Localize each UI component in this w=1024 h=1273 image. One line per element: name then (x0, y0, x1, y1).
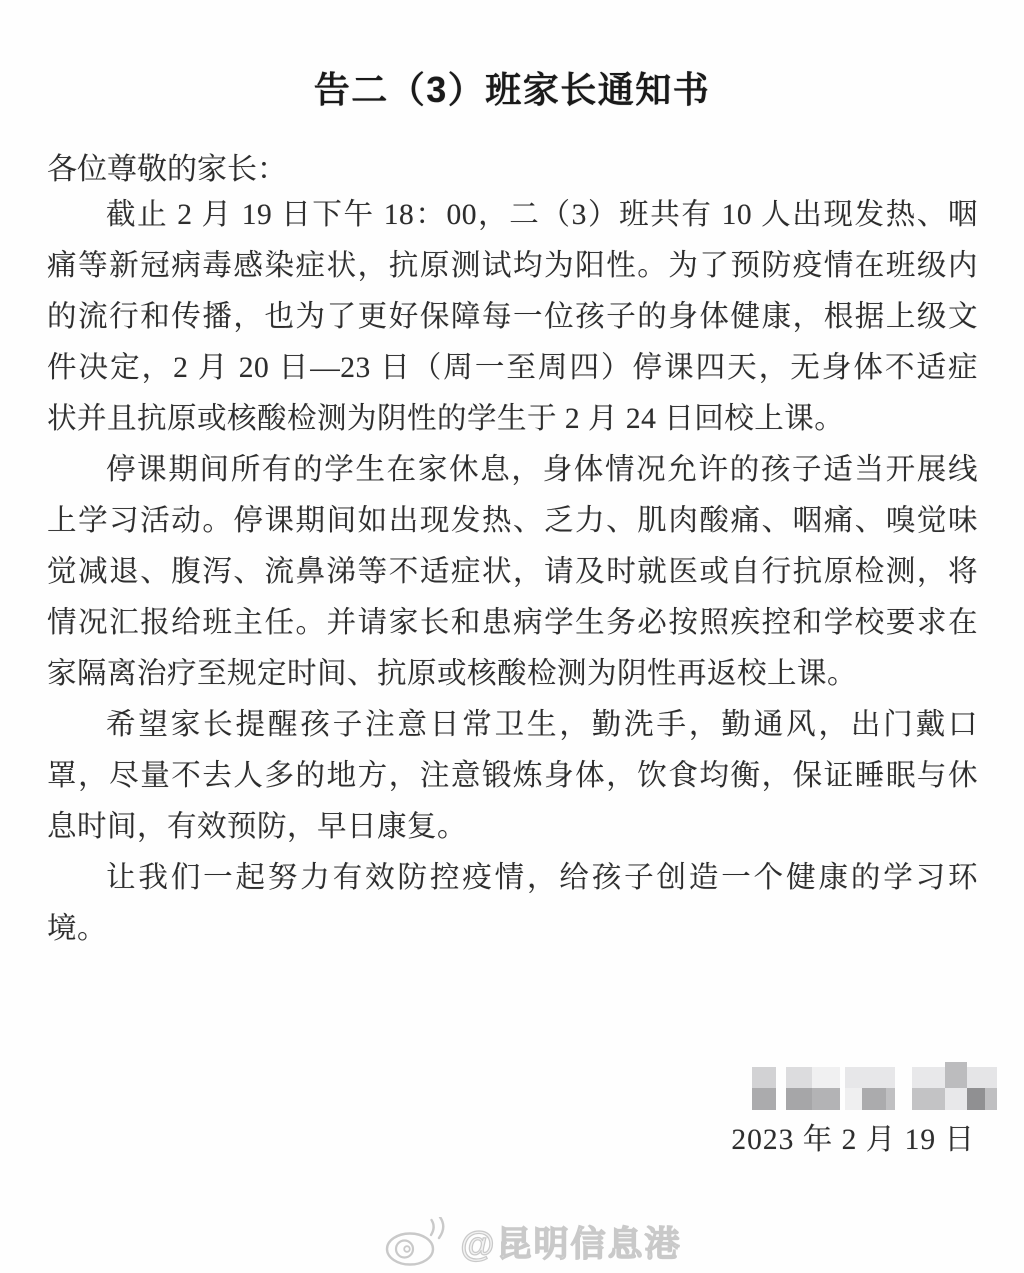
document-title: 告二（3）班家长通知书 (0, 62, 1024, 113)
watermark: @昆明信息港 (0, 1217, 1024, 1267)
document-line: 停课期间所有的学生在家休息，身体情况允许的孩子适当开展线 (47, 445, 978, 496)
document-line: 觉减退、腹泻、流鼻涕等不适症状，请及时就医或自行抗原检测，将 (47, 547, 978, 598)
document-line: 让我们一起努力有效防控疫情，给孩子创造一个健康的学习环 (47, 853, 978, 904)
mosaic-cell (967, 1067, 997, 1088)
watermark-text: @昆明信息港 (460, 1217, 681, 1267)
mosaic-cell (945, 1062, 967, 1088)
mosaic-cell (862, 1088, 886, 1110)
document-line: 截止 2 月 19 日下午 18：00，二（3）班共有 10 人出现发热、咽 (47, 190, 978, 241)
mosaic-cell (786, 1067, 812, 1088)
mosaic-cell (812, 1067, 840, 1088)
document-line: 希望家长提醒孩子注意日常卫生，勤洗手，勤通风，出门戴口 (47, 700, 978, 751)
weibo-logo-icon (384, 1217, 456, 1267)
document-line: 息时间，有效预防，早日康复。 (47, 802, 978, 853)
mosaic-cell (786, 1088, 812, 1110)
mosaic-cell (812, 1088, 840, 1110)
document-line: 上学习活动。停课期间如出现发热、乏力、肌肉酸痛、咽痛、嗅觉味 (47, 496, 978, 547)
mosaic-cell (845, 1067, 895, 1088)
document-line: 的流行和传播，也为了更好保障每一位孩子的身体健康，根据上级文 (47, 292, 978, 343)
document-line: 情况汇报给班主任。并请家长和患病学生务必按照疾控和学校要求在 (47, 598, 978, 649)
mosaic-cell (845, 1088, 862, 1110)
mosaic-cell (912, 1067, 945, 1088)
document-line: 境。 (47, 904, 978, 955)
document-line: 痛等新冠病毒感染症状，抗原测试均为阳性。为了预防疫情在班级内 (47, 241, 978, 292)
notice-document-page: 告二（3）班家长通知书 各位尊敬的家长： 截止 2 月 19 日下午 18：00… (0, 0, 1024, 1273)
document-line: 家隔离治疗至规定时间、抗原或核酸检测为阴性再返校上课。 (47, 649, 978, 700)
mosaic-cell (752, 1088, 776, 1110)
mosaic-cell (945, 1088, 967, 1110)
document-line: 件决定，2 月 20 日—23 日（周一至周四）停课四天，无身体不适症 (47, 343, 978, 394)
document-line: 状并且抗原或核酸检测为阴性的学生于 2 月 24 日回校上课。 (47, 394, 978, 445)
mosaic-cell (912, 1088, 945, 1110)
date-line: 2023 年 2 月 19 日 (731, 1116, 975, 1158)
mosaic-cell (985, 1088, 997, 1110)
mosaic-cell (967, 1088, 985, 1110)
mosaic-cell (886, 1088, 895, 1110)
mosaic-cell (752, 1067, 776, 1088)
salutation-line: 各位尊敬的家长： (47, 144, 287, 188)
document-line: 罩，尽量不去人多的地方，注意锻炼身体，饮食均衡，保证睡眠与休 (47, 751, 978, 802)
document-body: 截止 2 月 19 日下午 18：00，二（3）班共有 10 人出现发热、咽痛等… (47, 190, 978, 955)
